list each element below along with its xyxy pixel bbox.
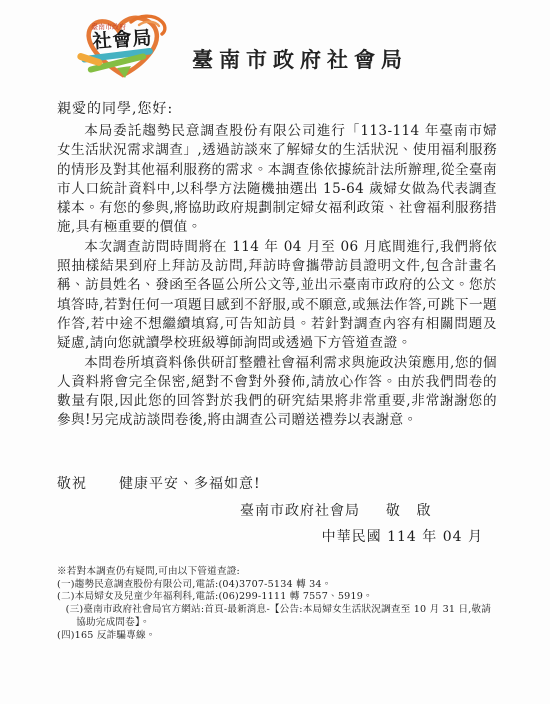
signer-line: 臺南市政府社會局敬 啟 — [240, 500, 497, 520]
footnote-header: ※若對本調查仍有疑問,可由以下管道查證: — [57, 566, 497, 579]
date-line: 中華民國 114 年 04 月 — [57, 526, 497, 546]
footnote-item-4: (四)165 反詐騙專線。 — [57, 630, 497, 643]
closing-block: 敬祝健康平安、多福如意! 臺南市政府社會局敬 啟 中華民國 114 年 04 月 — [57, 473, 497, 546]
page-title: 臺南市政府社會局 — [57, 44, 497, 74]
paragraph-2: 本次調查訪問時間將在 114 年 04 月至 06 月底間進行,我們將依照抽樣結… — [57, 238, 497, 354]
wish-text: 健康平安、多福如意! — [119, 476, 261, 492]
footnote-item-3: (三)臺南市政府社會局官方網站:首頁-最新消息-【公告:本局婦女生活狀況調查至 … — [57, 604, 497, 630]
footnotes-block: ※若對本調查仍有疑問,可由以下管道查證: (一)趨勢民意調查股份有限公司,電話:… — [57, 566, 497, 643]
signer-suffix: 敬 啟 — [386, 503, 436, 519]
salute-text: 敬祝 — [57, 476, 87, 492]
paragraph-3: 本問卷所填資料係供研訂整體社會福利需求與施政決策應用,您的個人資料將會完全保密,… — [57, 354, 497, 431]
signer-name: 臺南市政府社會局 — [240, 503, 360, 519]
footnote-item-1: (一)趨勢民意調查股份有限公司,電話:(04)3707-5134 轉 34。 — [57, 579, 497, 592]
footnote-item-2: (二)本局婦女及兒童少年福利科,電話:(06)299-1111 轉 7557、5… — [57, 591, 497, 604]
salute-line: 敬祝健康平安、多福如意! — [57, 473, 497, 493]
letter-body: 本局委託趨勢民意調查股份有限公司進行「113-114 年臺南市婦女生活狀況需求調… — [57, 122, 497, 431]
letter-header: 臺南市政府 社會局 臺南市政府社會局 — [57, 12, 497, 88]
paragraph-1: 本局委託趨勢民意調查股份有限公司進行「113-114 年臺南市婦女生活狀況需求調… — [57, 122, 497, 238]
letter-page: 臺南市政府 社會局 臺南市政府社會局 親愛的同學,您好: 本局委託趨勢民意調查股… — [0, 0, 550, 704]
greeting-line: 親愛的同學,您好: — [57, 98, 497, 118]
